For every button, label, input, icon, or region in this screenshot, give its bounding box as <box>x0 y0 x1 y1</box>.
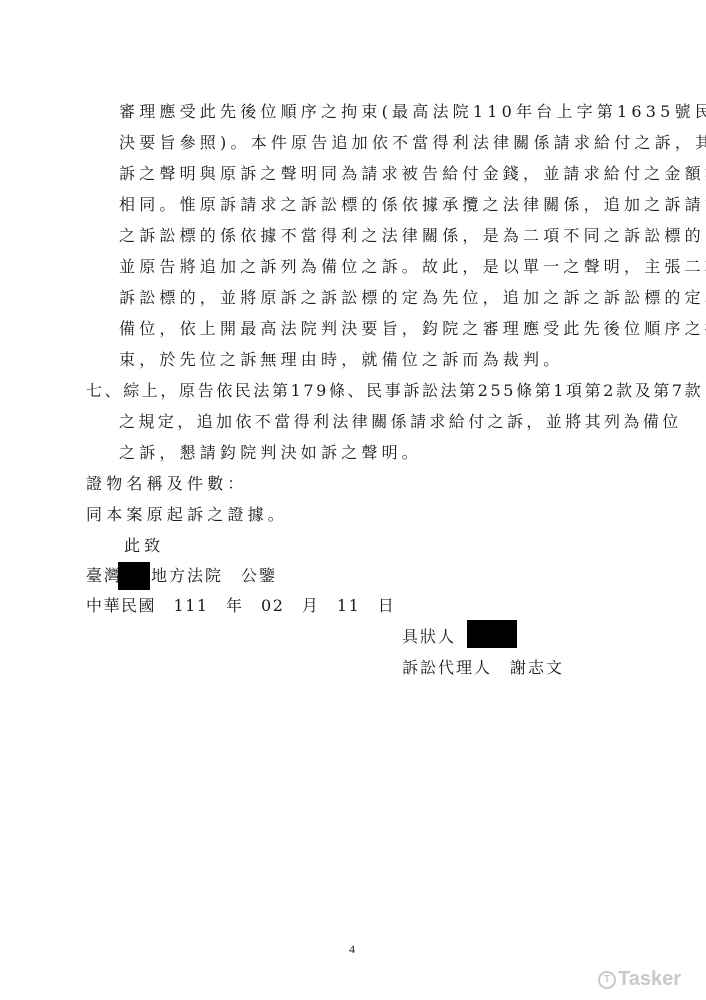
body-line: 之訴訟標的係依據不當得利之法律關係，是為二項不同之訴訟標的， <box>119 226 706 246</box>
agent-label: 訴訟代理人 謝志文 <box>402 658 564 678</box>
salutation: 此致 <box>124 536 164 556</box>
body-line: 備位，依上開最高法院判決要旨，鈞院之審理應受此先後位順序之拘 <box>119 319 706 339</box>
filing-date: 中華民國 111 年 02 月 11 日 <box>86 596 395 616</box>
body-line: 束，於先位之訴無理由時，就備位之訴而為裁判。 <box>119 350 563 370</box>
tasker-watermark: T Tasker <box>598 968 681 991</box>
body-line: 審理應受此先後位順序之拘束(最高法院110年台上字第1635號民事判 <box>119 102 706 122</box>
section-7-line: 之訴，懇請鈞院判決如訴之聲明。 <box>119 443 422 463</box>
tasker-logo-icon: T <box>598 971 616 989</box>
body-line: 相同。惟原訴請求之訴訟標的係依據承攬之法律關係，追加之訴請求 <box>119 195 706 215</box>
evidence-content: 同本案原起訴之證據。 <box>86 505 288 525</box>
body-line: 決要旨參照)。本件原告追加依不當得利法律關係請求給付之訴，其 <box>119 133 706 153</box>
watermark-text: Tasker <box>618 968 681 991</box>
redaction-box-petitioner <box>467 620 517 648</box>
evidence-heading: 證物名稱及件數： <box>86 474 248 494</box>
court-prefix: 臺灣 <box>86 566 122 586</box>
court-suffix: 地方法院 公鑒 <box>151 566 277 586</box>
body-line: 訴訟標的，並將原訴之訴訟標的定為先位，追加之訴之訴訟標的定為 <box>119 288 706 308</box>
redaction-box-court <box>118 562 150 590</box>
section-7-line: 七、綜上，原告依民法第179條、民事訴訟法第255條第1項第2款及第7款 <box>86 381 703 401</box>
body-line: 並原告將追加之訴列為備位之訴。故此，是以單一之聲明，主張二項 <box>119 257 706 277</box>
section-7-line: 之規定，追加依不當得利法律關係請求給付之訴，並將其列為備位 <box>119 412 682 432</box>
page-number: 4 <box>349 942 355 957</box>
body-line: 訴之聲明與原訴之聲明同為請求被告給付金錢，並請求給付之金額亦 <box>119 164 706 184</box>
petitioner-label: 具狀人 <box>402 627 456 647</box>
